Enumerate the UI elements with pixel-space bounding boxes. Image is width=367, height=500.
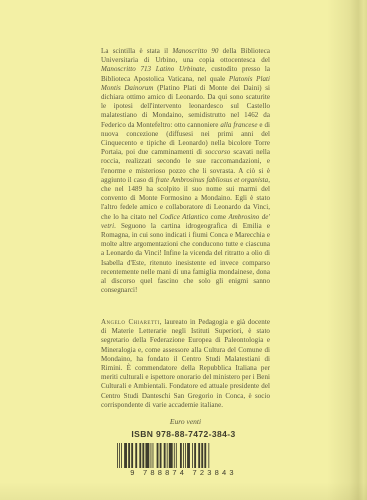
price-text: Euro venti [101,417,270,426]
page-bottom-shadow [0,482,367,500]
page-edge-shadow [327,0,367,500]
synopsis-paragraph: La scintilla è stata il Manoscritto 90 d… [101,47,270,319]
isbn-number: ISBN 978-88-7472-384-3 [0,429,367,439]
barcode-bars [117,443,251,468]
author-bio-paragraph: Angelo Chiaretti, laureato in Pedagogia … [101,318,270,418]
barcode-digits: 9 788874 723843 [0,468,367,477]
book-back-cover: La scintilla è stata il Manoscritto 90 d… [0,0,367,500]
